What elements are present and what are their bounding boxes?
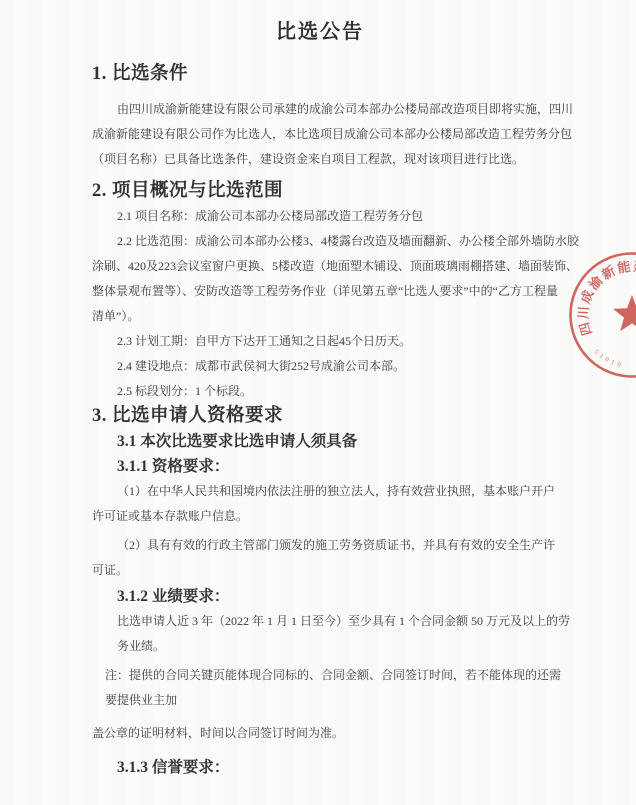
document-body: 比选公告1. 比选条件由四川成渝新能建设有限公司承建的成渝公司本部办公楼局部改造… bbox=[92, 0, 548, 780]
doc-block: 2.5 标段划分：1 个标段。 bbox=[92, 379, 548, 404]
seal-border bbox=[571, 254, 636, 377]
star-icon bbox=[613, 295, 636, 331]
doc-block: 2. 项目概况与比选范围 bbox=[92, 179, 548, 204]
text-line: 清单”）。 bbox=[92, 304, 548, 329]
seal-serial-number: 51010 bbox=[593, 348, 625, 369]
text-line: 2.3 计划工期：自甲方下达开工通知之日起45个日历天。 bbox=[92, 329, 548, 354]
text-line: （1）在中华人民共和国境内依法注册的独立法人，持有效营业执照，基本账户开户 bbox=[92, 479, 548, 504]
doc-block: 比选公告 bbox=[92, 16, 548, 48]
doc-block: 3.1.2 业绩要求： bbox=[92, 584, 548, 609]
section-heading: 1. 比选条件 bbox=[92, 62, 548, 87]
doc-block: 3.1 本次比选要求比选申请人须具备 bbox=[92, 429, 548, 454]
text-line: 注：提供的合同关键页能体现合同标的、合同金额、合同签订时间，若不能体现的还需 bbox=[92, 663, 548, 688]
text-line: 由四川成渝新能建设有限公司承建的成渝公司本部办公楼局部改造项目即将实施，四川 bbox=[92, 97, 548, 122]
doc-block: 比选申请人近 3 年（2022 年 1 月 1 日至今）至少具有 1 个合同金额… bbox=[92, 609, 548, 659]
text-line: 2.5 标段划分：1 个标段。 bbox=[92, 379, 548, 404]
scanned-document-page: 比选公告1. 比选条件由四川成渝新能建设有限公司承建的成渝公司本部办公楼局部改造… bbox=[0, 0, 636, 805]
doc-block: （1）在中华人民共和国境内依法注册的独立法人，持有效营业执照，基本账户开户许可证… bbox=[92, 479, 548, 529]
text-line: 可证。 bbox=[92, 558, 548, 583]
doc-title: 比选公告 bbox=[92, 16, 548, 48]
doc-block: 由四川成渝新能建设有限公司承建的成渝公司本部办公楼局部改造项目即将实施，四川成渝… bbox=[92, 97, 548, 172]
text-line: 2.2 比选范围：成渝公司本部办公楼3、4楼露台改造及墙面翻新、办公楼全部外墙防… bbox=[92, 229, 548, 254]
text-line: 许可证或基本存款账户信息。 bbox=[92, 504, 548, 529]
section-heading: 3. 比选申请人资格要求 bbox=[92, 404, 548, 429]
doc-block: 2.2 比选范围：成渝公司本部办公楼3、4楼露台改造及墙面翻新、办公楼全部外墙防… bbox=[92, 229, 548, 329]
seal-company-name: 四川成渝新能建设有限公司 bbox=[576, 259, 636, 338]
section-heading: 2. 项目概况与比选范围 bbox=[92, 179, 548, 204]
doc-block: 2.1 项目名称：成渝公司本部办公楼局部改造工程劳务分包 bbox=[92, 204, 548, 229]
text-line: 2.1 项目名称：成渝公司本部办公楼局部改造工程劳务分包 bbox=[92, 204, 548, 229]
text-line: （项目名称）已具备比选条件，建设资金来自项目工程款，现对该项目进行比选。 bbox=[92, 147, 548, 172]
doc-block: 3. 比选申请人资格要求 bbox=[92, 404, 548, 429]
doc-block: （2）具有有效的行政主管部门颁发的施工劳务资质证书，并具有有效的安全生产许可证。 bbox=[92, 533, 548, 583]
doc-block: 3.1.3 信誉要求： bbox=[92, 755, 548, 780]
sub-heading: 3.1.1 资格要求： bbox=[92, 454, 548, 479]
text-line: （2）具有有效的行政主管部门颁发的施工劳务资质证书，并具有有效的安全生产许 bbox=[92, 533, 548, 558]
doc-block: 1. 比选条件 bbox=[92, 62, 548, 87]
sub-heading: 3.1.2 业绩要求： bbox=[92, 584, 548, 609]
text-line: 涂刷、420及223会议室窗户更换、5楼改造（地面塑木铺设、顶面玻璃雨棚搭建、墙… bbox=[92, 254, 548, 279]
text-line: 要提供业主加 bbox=[92, 688, 548, 713]
text-line: 成渝新能建设有限公司作为比选人，本比选项目成渝公司本部办公楼局部改造工程劳务分包 bbox=[92, 122, 548, 147]
text-line: 整体景观布置等）、安防改造等工程劳务作业（详见第五章“比选人要求”中的“乙方工程… bbox=[92, 279, 548, 304]
doc-block: 2.4 建设地点：成都市武侯祠大街252号成渝公司本部。 bbox=[92, 354, 548, 379]
text-line: 盖公章的证明材料，时间以合同签订时间为准。 bbox=[92, 721, 548, 746]
doc-block: 注：提供的合同关键页能体现合同标的、合同金额、合同签订时间，若不能体现的还需要提… bbox=[92, 663, 548, 713]
sub-heading: 3.1 本次比选要求比选申请人须具备 bbox=[92, 429, 548, 454]
sub-heading: 3.1.3 信誉要求： bbox=[92, 755, 548, 780]
text-line: 务业绩。 bbox=[92, 634, 548, 659]
text-line: 比选申请人近 3 年（2022 年 1 月 1 日至今）至少具有 1 个合同金额… bbox=[92, 609, 548, 634]
doc-block: 盖公章的证明材料，时间以合同签订时间为准。 bbox=[92, 721, 548, 746]
doc-block: 3.1.1 资格要求： bbox=[92, 454, 548, 479]
text-line: 2.4 建设地点：成都市武侯祠大街252号成渝公司本部。 bbox=[92, 354, 548, 379]
doc-block: 2.3 计划工期：自甲方下达开工通知之日起45个日历天。 bbox=[92, 329, 548, 354]
